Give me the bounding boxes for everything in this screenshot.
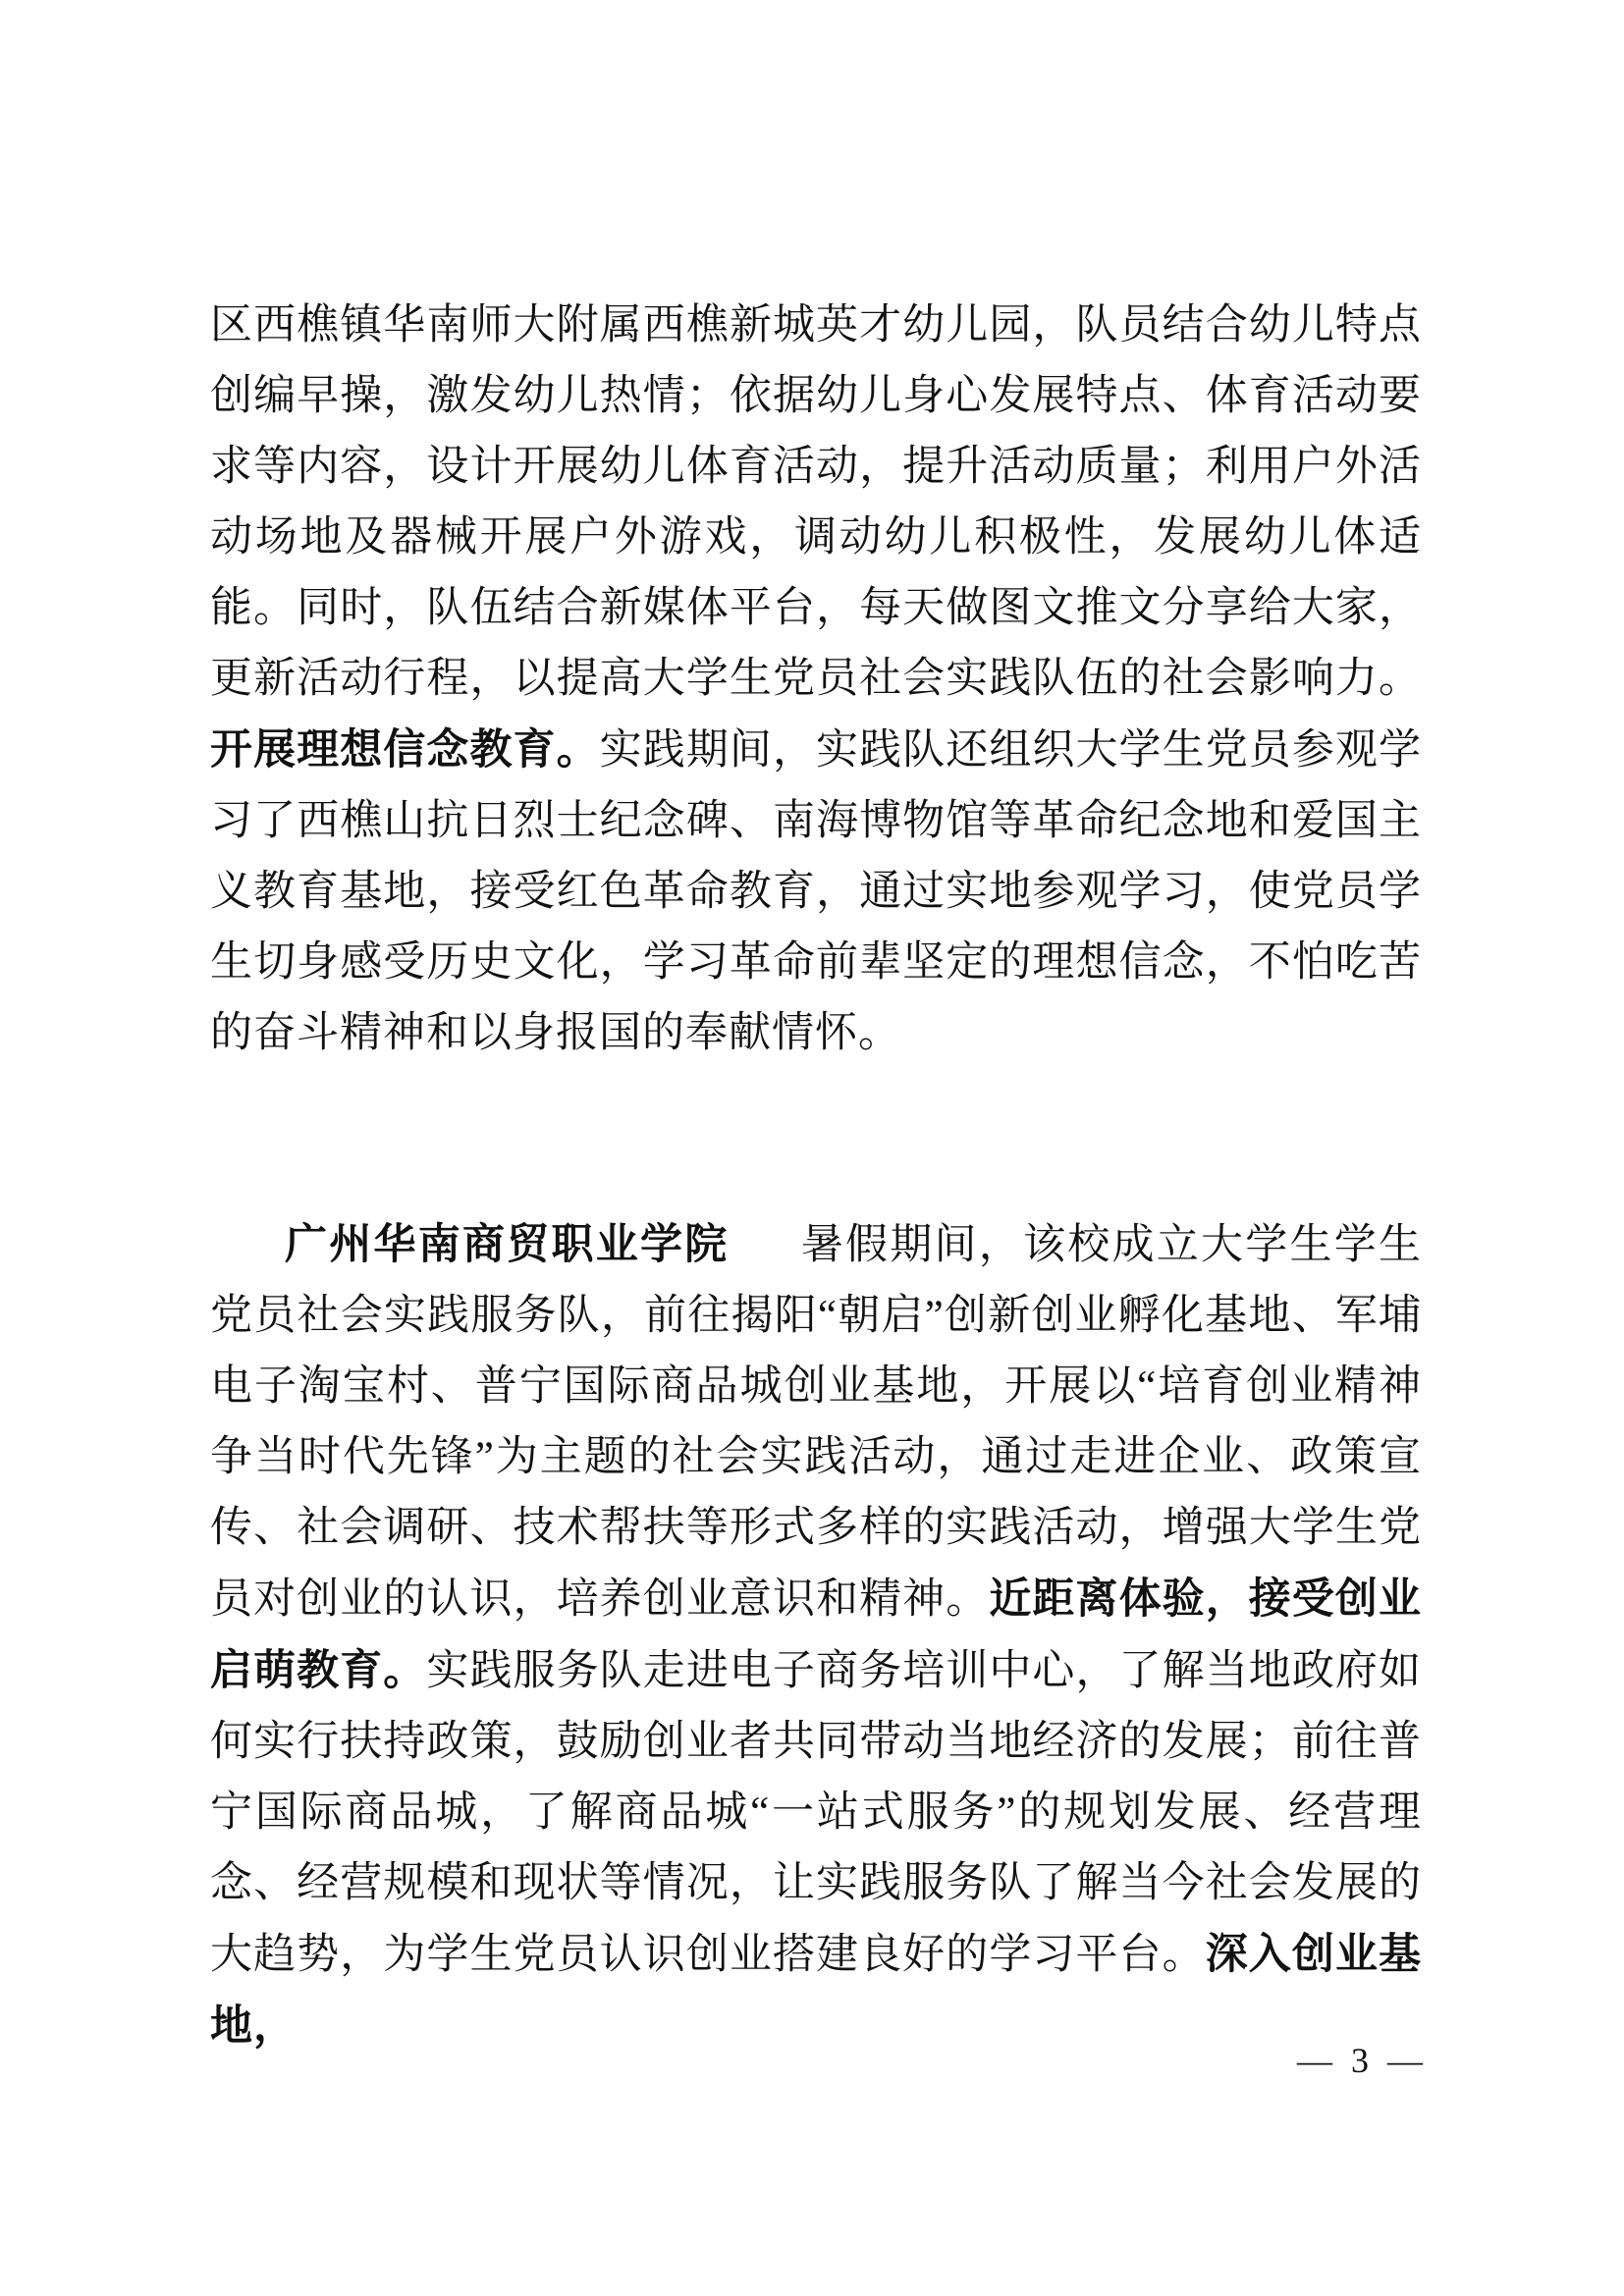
text-segment: 暑假期间，该校成立大学生学生党员社会实践服务队，前往揭阳“朝启”创新创业孵化基地… [210, 1222, 1422, 1623]
institution-heading: 广州华南商贸职业学院 [285, 1221, 730, 1268]
page-number: — 3 — [1297, 2040, 1428, 2081]
paragraph-institution-body: 暑假期间，该校成立大学生学生党员社会实践服务队，前往揭阳“朝启”创新创业孵化基地… [210, 1222, 1422, 2050]
text-segment: 区西樵镇华南师大附属西樵新城英才幼儿园，队员结合幼儿特点创编早操，激发幼儿热情；… [210, 302, 1422, 702]
text-segment: 实践服务队走进电子商务培训中心，了解当地政府如何实行扶持政策，鼓励创业者共同带动… [210, 1648, 1422, 1978]
text-segment: 实践期间，实践队还组织大学生党员参观学习了西樵山抗日烈士纪念碑、南海博物馆等革命… [210, 727, 1422, 1056]
paragraph-continuation: 区西樵镇华南师大附属西樵新城英才幼儿园，队员结合幼儿特点创编早操，激发幼儿热情；… [210, 291, 1422, 1069]
bold-text-segment: 开展理想信念教育。 [210, 726, 600, 774]
document-page: 区西樵镇华南师大附属西樵新城英才幼儿园，队员结合幼儿特点创编早操，激发幼儿热情；… [0, 0, 1624, 2296]
paragraph-institution: 广州华南商贸职业学院暑假期间，该校成立大学生学生党员社会实践服务队，前往揭阳“朝… [210, 1209, 1422, 2062]
